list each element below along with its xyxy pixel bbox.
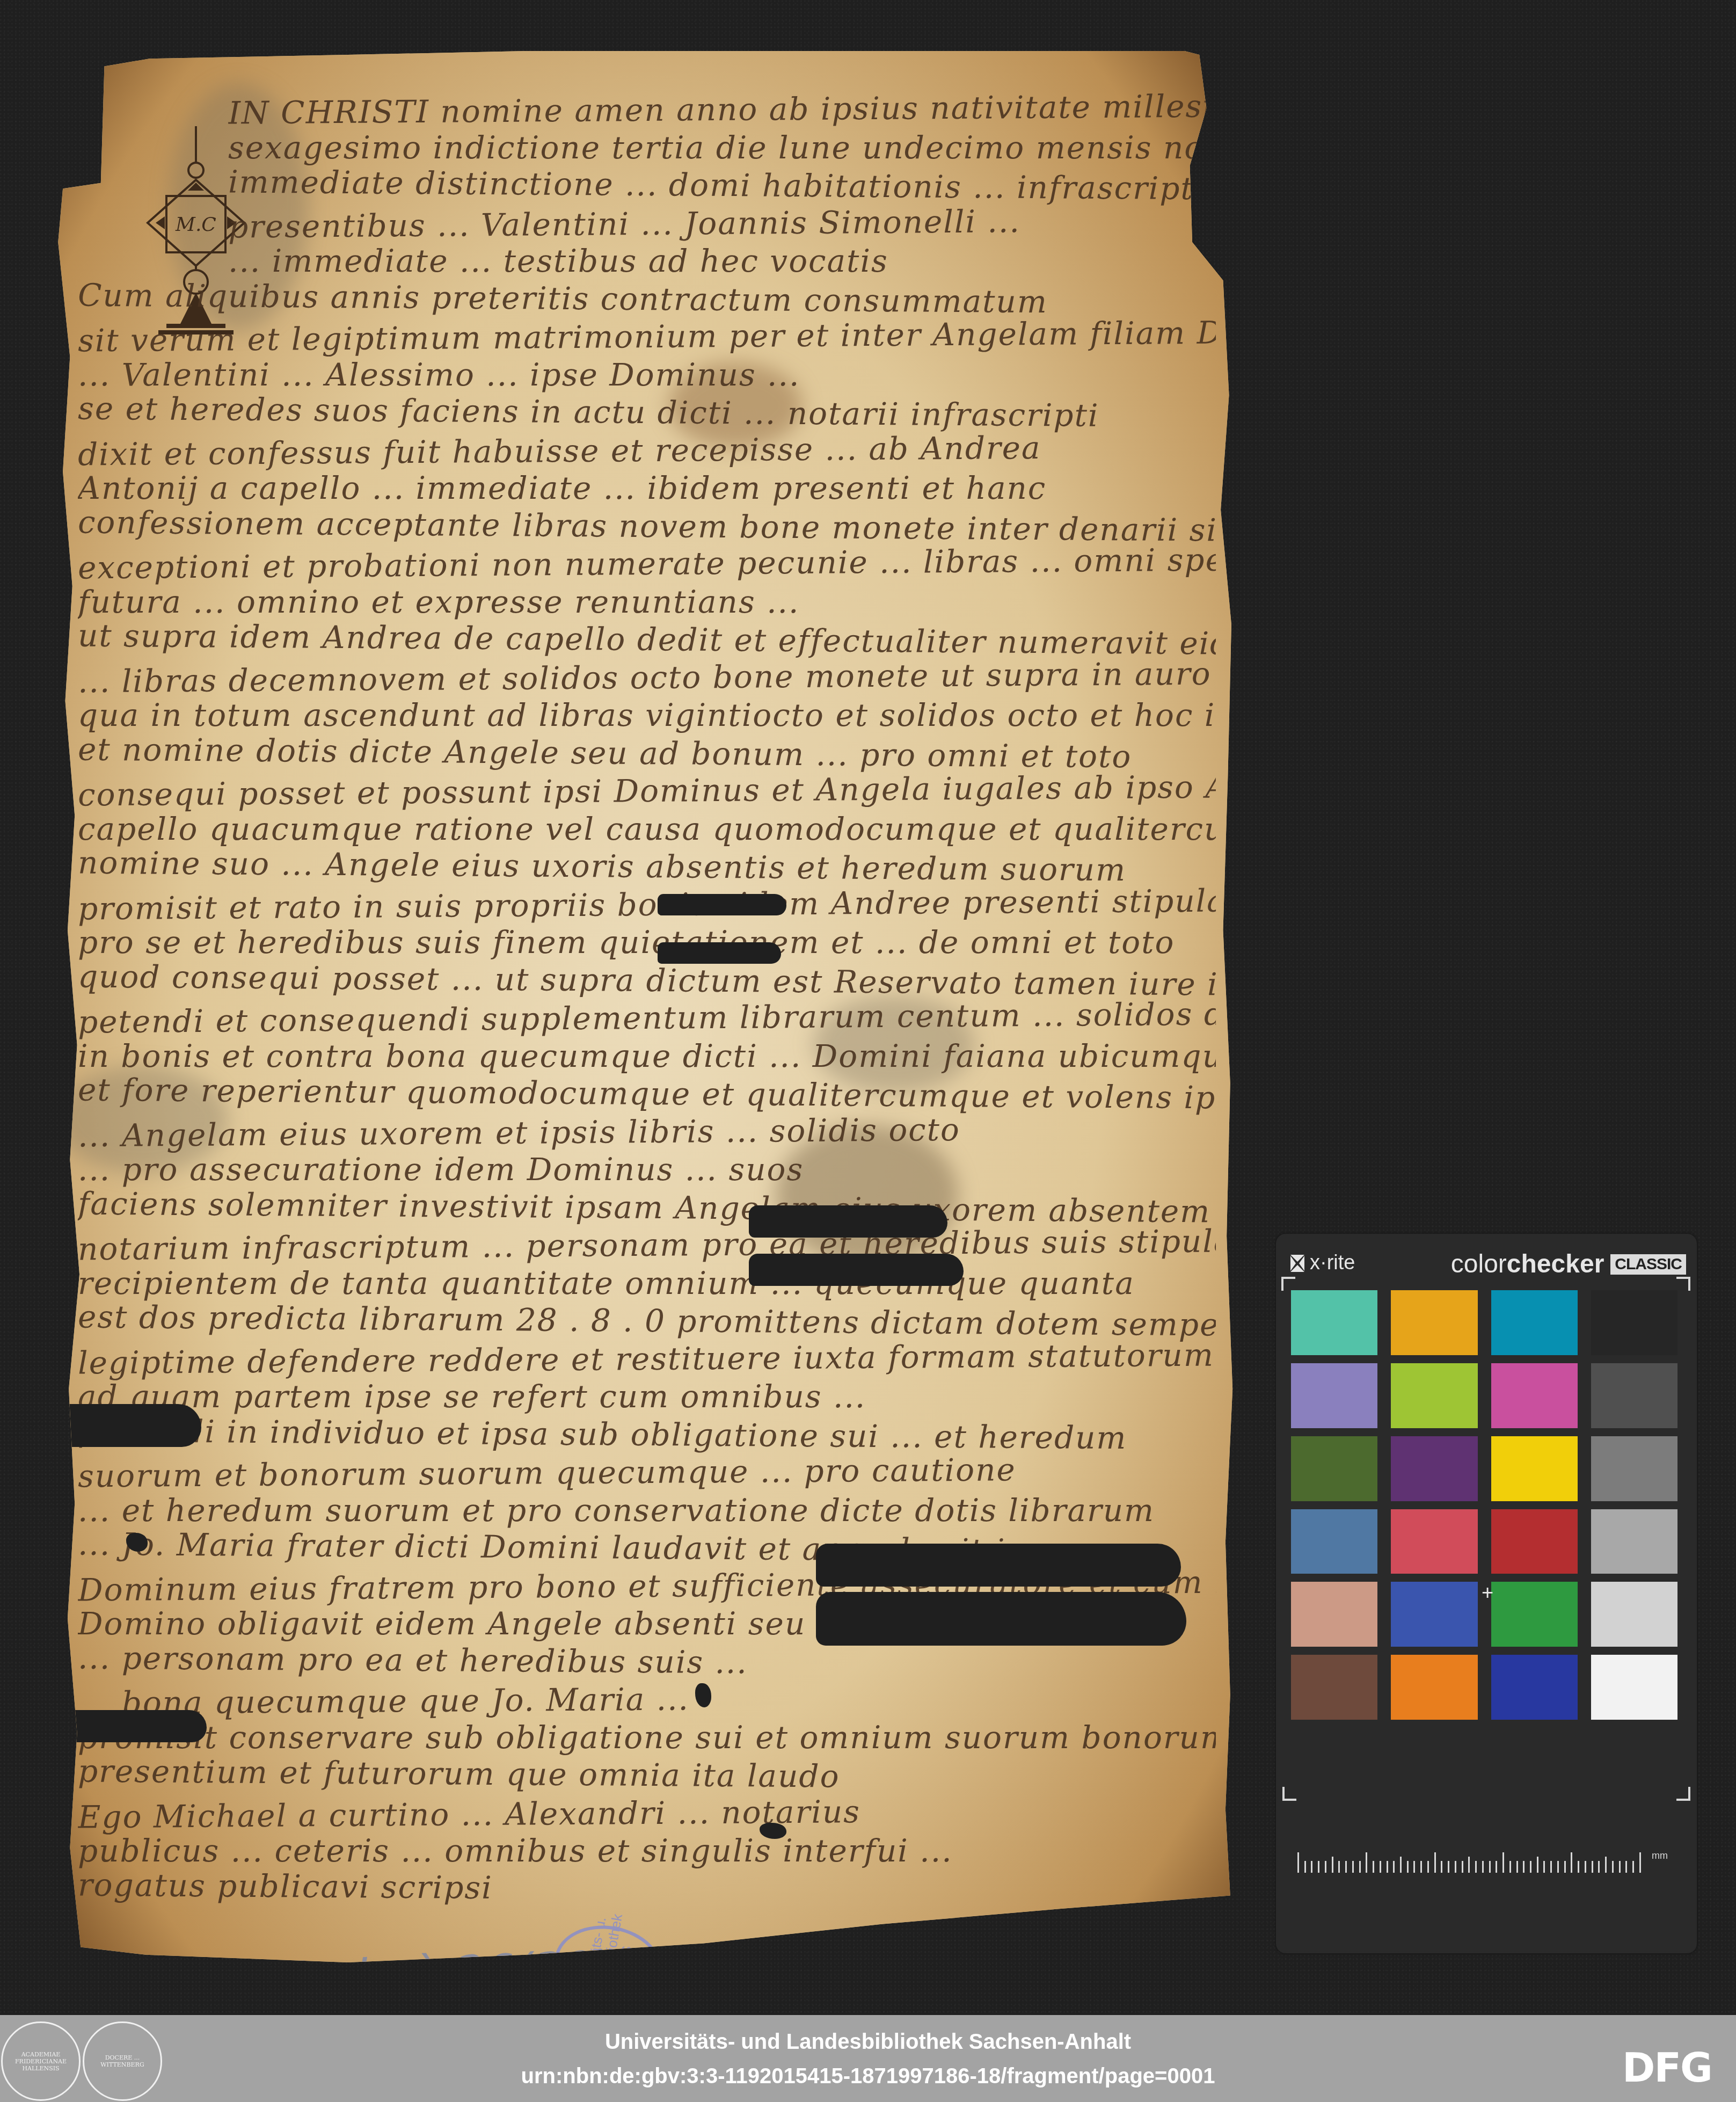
manuscript-line: suorum et bonorum suorum quecumque ... p…	[78, 1450, 1216, 1495]
color-patch	[1491, 1509, 1578, 1574]
manuscript-line: ... immediate ... testibus ad hec vocati…	[228, 243, 1216, 279]
ruler-tick	[1325, 1861, 1326, 1873]
ruler-unit-label: mm	[1652, 1850, 1668, 1861]
manuscript-line: notarium infrascriptum ... personam pro …	[78, 1223, 1216, 1268]
ruler-tick	[1448, 1861, 1449, 1873]
brand-classic-badge: CLASSIC	[1610, 1254, 1686, 1275]
ruler-tick	[1639, 1852, 1641, 1873]
manuscript-line: ... et heredum suorum et pro conservatio…	[78, 1492, 1216, 1529]
manuscript-fragment: M.C IN CHRISTI nomine amen anno ab ipsiu…	[51, 51, 1237, 1962]
ruler-tick	[1543, 1861, 1545, 1873]
manuscript-line: ... pro assecuratione idem Dominus ... s…	[78, 1151, 1216, 1188]
ruler-tick	[1592, 1861, 1593, 1873]
institution-name: Universitäts- und Landesbibliothek Sachs…	[0, 2030, 1736, 2054]
manuscript-line: presentium et futurorum que omnia ita la…	[78, 1753, 1216, 1798]
manuscript-line: ut supra idem Andrea de capello dedit et…	[78, 617, 1216, 662]
ruler-tick	[1427, 1861, 1429, 1873]
ruler-tick	[1366, 1852, 1367, 1873]
manuscript-line: publicus ... ceteris ... omnibus et sing…	[78, 1832, 1216, 1869]
ruler-tick	[1557, 1861, 1559, 1873]
corner-mark-icon	[1282, 1787, 1296, 1801]
ruler-tick	[1625, 1861, 1627, 1873]
crosshair-icon: +	[1482, 1583, 1493, 1603]
ruler-tick	[1352, 1861, 1354, 1873]
library-footer: ACADEMIAE FRIDERICIANAE HALLENSIS DOCERE…	[0, 2015, 1736, 2102]
manuscript-line: IN CHRISTI nomine amen anno ab ipsius na…	[228, 88, 1216, 132]
color-patch	[1591, 1509, 1677, 1574]
ruler-tick	[1612, 1861, 1614, 1873]
ruler-tick	[1598, 1861, 1600, 1873]
color-patch	[1591, 1436, 1677, 1501]
ruler-tick	[1468, 1857, 1470, 1873]
manuscript-line: Cum aliquibus annis preteritis contractu…	[78, 277, 1216, 321]
manuscript-line: et nomine dotis dicte Angele seu ad bonu…	[78, 731, 1216, 775]
colorchecker-header: x·rite color checker CLASSIC	[1289, 1247, 1686, 1279]
ruler-tick	[1345, 1861, 1347, 1873]
manuscript-line: qua in totum ascendunt ad libras viginti…	[78, 697, 1216, 733]
dfg-logo: DFG	[1622, 2045, 1712, 2091]
ruler-tick	[1502, 1852, 1504, 1873]
colorchecker-brand: color checker CLASSIC	[1451, 1249, 1686, 1279]
color-patch	[1391, 1290, 1477, 1355]
burn-damage	[658, 894, 786, 915]
color-patch	[1591, 1363, 1677, 1428]
manuscript-line: confessionem acceptante libras novem bon…	[78, 504, 1216, 548]
burn-damage	[749, 1254, 964, 1286]
corner-mark-icon	[1676, 1787, 1690, 1801]
svg-text:M.C: M.C	[175, 214, 216, 236]
corner-mark-icon	[1281, 1277, 1295, 1291]
ruler-tick	[1338, 1861, 1340, 1873]
ruler-tick	[1523, 1861, 1525, 1873]
ruler-tick	[1455, 1861, 1456, 1873]
manuscript-line: consequi posset et possunt ipsi Dominus …	[78, 769, 1216, 813]
color-patch	[1491, 1436, 1578, 1501]
manuscript-line: ... Angelam eius uxorem et ipsis libris …	[78, 1109, 1216, 1154]
color-patch	[1391, 1436, 1477, 1501]
color-patch	[1291, 1582, 1377, 1647]
ruler-tick	[1585, 1861, 1586, 1873]
color-patch	[1291, 1436, 1377, 1501]
ruler-tick	[1400, 1857, 1402, 1873]
ruler-tick	[1509, 1861, 1511, 1873]
ruler-tick	[1441, 1861, 1442, 1873]
ruler-tick	[1537, 1857, 1538, 1873]
ruler-tick	[1420, 1861, 1422, 1873]
manuscript-line: sexagesimo indictione tertia die lune un…	[228, 129, 1216, 166]
manuscript-line: legiptime defendere reddere et restituer…	[78, 1336, 1216, 1381]
manuscript-line: dixit et confessus fuit habuisse et rece…	[78, 428, 1216, 472]
manuscript-line: exceptioni et probationi non numerate pe…	[78, 542, 1216, 586]
color-patch	[1291, 1363, 1377, 1428]
manuscript-line: promisit et rato in suis propriis bonis …	[78, 882, 1216, 927]
manuscript-line: recipientem de tanta quantitate omnium .…	[78, 1265, 1216, 1301]
ruler-tick	[1311, 1861, 1312, 1873]
manuscript-line: ... Valentini ... Alessimo ... ipse Domi…	[78, 357, 1216, 393]
ruler-tick	[1434, 1852, 1436, 1873]
xrite-label: x·rite	[1310, 1252, 1355, 1275]
color-patch	[1491, 1582, 1578, 1647]
ruler-tick	[1482, 1861, 1484, 1873]
ruler-tick	[1530, 1861, 1531, 1873]
color-patch	[1591, 1582, 1677, 1647]
manuscript-line: promisit conservare sub obligatione sui …	[78, 1719, 1216, 1756]
ruler-tick	[1332, 1857, 1333, 1873]
color-patch	[1291, 1655, 1377, 1720]
manuscript-line: rogatus publicavi scripsi	[78, 1866, 1216, 1911]
ruler-tick	[1407, 1861, 1409, 1873]
manuscript-line: Ego Michael a curtino ... Alexandri ... …	[78, 1791, 1216, 1835]
ruler-tick	[1413, 1861, 1415, 1873]
brand-checker-text: checker	[1507, 1249, 1604, 1279]
xrite-logo: x·rite	[1289, 1252, 1355, 1275]
ruler-tick	[1297, 1852, 1299, 1873]
manuscript-line: faciens solemniter investivit ipsam Ange…	[78, 1185, 1216, 1230]
manuscript-line: ad quam partem ipse se refert cum omnibu…	[78, 1378, 1216, 1415]
manuscript-line: pro se et heredibus suis finem quietatio…	[78, 924, 1216, 961]
manuscript-line: patiendi in individuo et ipsa sub obliga…	[78, 1412, 1216, 1457]
mm-ruler	[1297, 1851, 1641, 1873]
burn-damage	[749, 1205, 947, 1238]
manuscript-line: se et heredes suos faciens in actu dicti…	[78, 390, 1216, 435]
burn-damage	[816, 1592, 1186, 1646]
ruler-tick	[1380, 1861, 1381, 1873]
ruler-tick	[1550, 1861, 1552, 1873]
manuscript-line: nomine suo ... Angele eius uxoris absent…	[78, 845, 1216, 889]
ruler-tick	[1578, 1861, 1579, 1873]
ruler-tick	[1571, 1852, 1572, 1873]
manuscript-line: est dos predicta librarum 28 . 8 . 0 pro…	[78, 1299, 1216, 1343]
color-patch	[1591, 1290, 1677, 1355]
burn-damage	[658, 942, 781, 964]
manuscript-line: in bonis et contra bona quecumque dicti …	[78, 1038, 1216, 1074]
color-patch	[1391, 1655, 1477, 1720]
manuscript-line: quod consequi posset ... ut supra dictum…	[78, 958, 1216, 1002]
ruler-tick	[1304, 1861, 1306, 1873]
ruler-tick	[1489, 1861, 1491, 1873]
ruler-tick	[1496, 1861, 1497, 1873]
ruler-tick	[1373, 1861, 1374, 1873]
ruler-tick	[1605, 1857, 1607, 1873]
urn-link[interactable]: urn:nbn:de:gbv:3:3-1192015415-1871997186…	[0, 2064, 1736, 2089]
ruler-tick	[1359, 1861, 1361, 1873]
color-patch	[1491, 1290, 1578, 1355]
ruler-tick	[1387, 1861, 1388, 1873]
ruler-tick	[1619, 1861, 1621, 1873]
manuscript-line: ... libras decemnovem et solidos octo bo…	[78, 655, 1216, 700]
color-patch	[1491, 1655, 1578, 1720]
color-patch	[1291, 1509, 1377, 1574]
manuscript-line: futura ... omnino et expresse renuntians…	[78, 584, 1216, 620]
ruler-tick	[1318, 1861, 1319, 1873]
brand-color-text: color	[1451, 1249, 1507, 1279]
ruler-tick	[1516, 1861, 1518, 1873]
manuscript-line: presentibus ... Valentini ... Joannis Si…	[228, 201, 1216, 245]
ruler-tick	[1475, 1861, 1477, 1873]
manuscript-line: petendi et consequendi supplementum libr…	[78, 996, 1216, 1041]
burn-damage	[816, 1544, 1181, 1587]
ruler-tick	[1632, 1861, 1634, 1873]
corner-mark-icon	[1676, 1277, 1690, 1291]
manuscript-line: capello quacumque ratione vel causa quom…	[78, 811, 1216, 847]
manuscript-line: Antonij a capello ... immediate ... ibid…	[78, 470, 1216, 506]
manuscript-line: immediate distinctione ... domi habitati…	[228, 164, 1216, 207]
manuscript-line: sit verum et legiptimum matrimonium per …	[78, 315, 1216, 359]
color-patch	[1591, 1655, 1677, 1720]
ruler-tick	[1462, 1861, 1463, 1873]
color-patch	[1391, 1582, 1477, 1647]
manuscript-line: ... personam pro ea et heredibus suis ..…	[78, 1639, 1216, 1684]
ruler-tick	[1564, 1861, 1566, 1873]
color-patch	[1291, 1290, 1377, 1355]
ruler-tick	[1393, 1861, 1395, 1873]
color-patch	[1491, 1363, 1578, 1428]
color-patch	[1391, 1363, 1477, 1428]
color-patch-grid	[1291, 1290, 1677, 1720]
manuscript-line: et fore reperientur quomodocumque et qua…	[78, 1072, 1216, 1116]
color-patch	[1391, 1509, 1477, 1574]
xrite-mark-icon	[1289, 1254, 1305, 1273]
manuscript-line: ... bona quecumque que Jo. Maria ...	[78, 1677, 1216, 1722]
